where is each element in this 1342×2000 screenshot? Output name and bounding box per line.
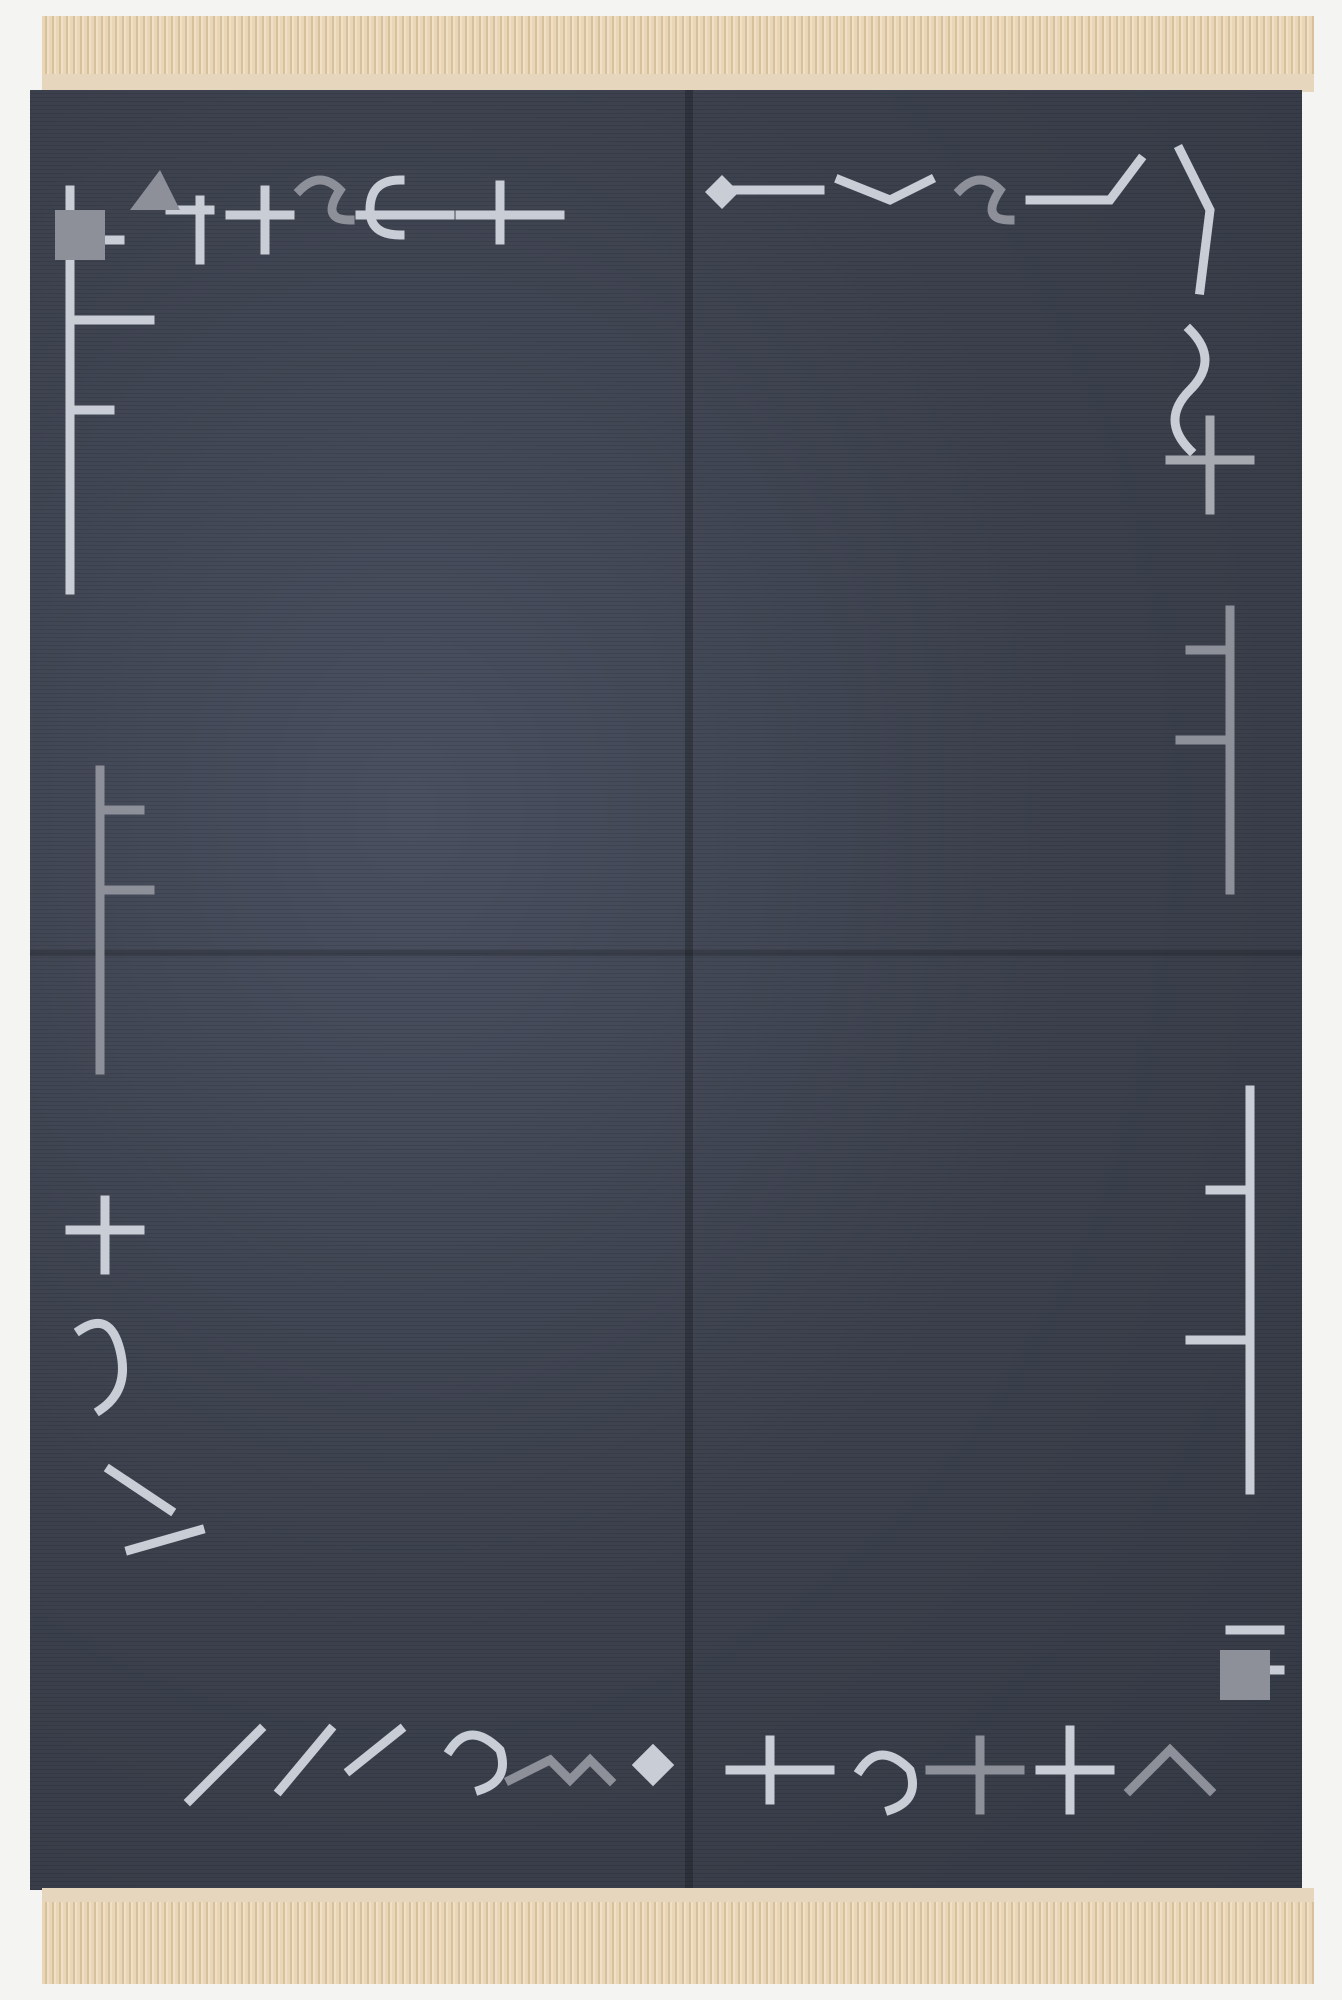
bottom-left-motif bbox=[190, 1730, 610, 1800]
top-left-motif bbox=[170, 180, 560, 260]
bottom-fringe bbox=[42, 1902, 1314, 1984]
left-column-motif bbox=[70, 190, 200, 1550]
top-right-motif bbox=[730, 150, 1250, 510]
border-motifs bbox=[30, 90, 1302, 1890]
right-column-motif bbox=[1180, 610, 1280, 1670]
bottom-right-motif bbox=[730, 1730, 1210, 1810]
rug-field bbox=[30, 90, 1302, 1890]
